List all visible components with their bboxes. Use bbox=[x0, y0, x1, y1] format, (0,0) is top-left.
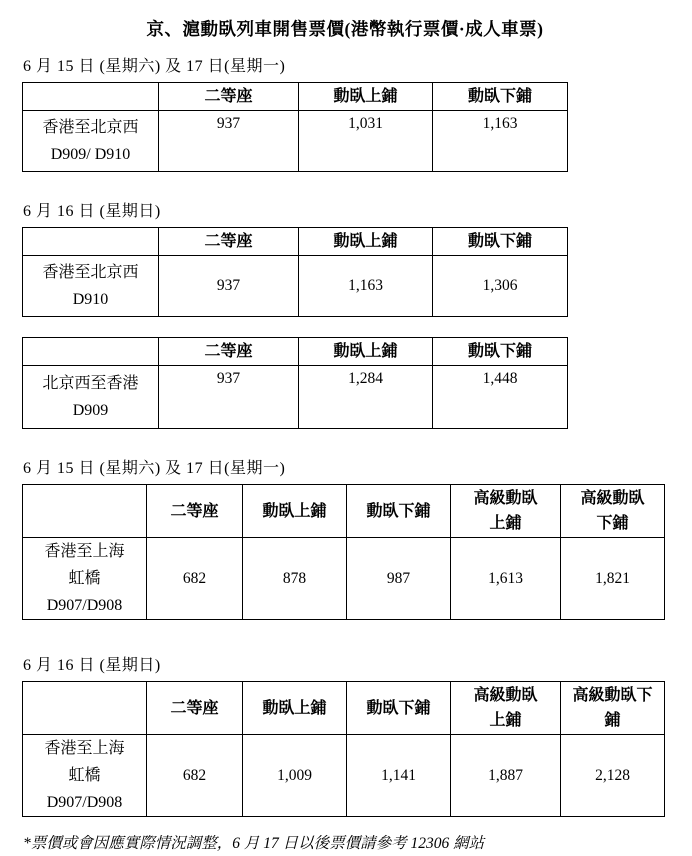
price-cell: 1,284 bbox=[299, 366, 433, 429]
route-name: 北京西至香港 bbox=[23, 370, 158, 397]
route-cell: 香港至北京西 D909/ D910 bbox=[23, 111, 159, 172]
price-cell: 878 bbox=[243, 538, 347, 620]
route-name: 香港至北京西 bbox=[23, 114, 158, 141]
corner-empty-cell bbox=[23, 83, 159, 111]
column-header-lower-berth: 動臥下鋪 bbox=[347, 485, 451, 538]
section-beijing-jun15-17: 6 月 15 日 (星期六) 及 17 日(星期一) 二等座 動臥上鋪 動臥下鋪… bbox=[22, 57, 668, 172]
section-beijing-return: 二等座 動臥上鋪 動臥下鋪 北京西至香港 D909 937 1,284 1,44… bbox=[22, 337, 668, 429]
fare-row: 香港至北京西 D910 937 1,163 1,306 bbox=[23, 256, 568, 317]
corner-empty-cell bbox=[23, 682, 147, 735]
header-row: 二等座 動臥上鋪 動臥下鋪 bbox=[23, 338, 568, 366]
fare-table-shanghai-jun16: 二等座 動臥上鋪 動臥下鋪 高級動臥 上鋪 高級動臥下 鋪 香港至上海 虹橋 D… bbox=[22, 681, 665, 817]
date-heading: 6 月 15 日 (星期六) 及 17 日(星期一) bbox=[23, 459, 668, 479]
route-cell: 香港至北京西 D910 bbox=[23, 256, 159, 317]
price-cell: 937 bbox=[159, 111, 299, 172]
corner-empty-cell bbox=[23, 338, 159, 366]
train-number: D909 bbox=[23, 397, 158, 424]
section-shanghai-jun15-17: 6 月 15 日 (星期六) 及 17 日(星期一) 二等座 動臥上鋪 動臥下鋪… bbox=[22, 459, 668, 620]
column-header-second-class: 二等座 bbox=[159, 83, 299, 111]
column-header-lower-berth: 動臥下鋪 bbox=[433, 83, 568, 111]
header-row: 二等座 動臥上鋪 動臥下鋪 高級動臥 上鋪 高級動臥下 鋪 bbox=[23, 682, 665, 735]
price-cell: 1,009 bbox=[243, 735, 347, 817]
train-number: D910 bbox=[23, 286, 158, 313]
column-header-upper-berth: 動臥上鋪 bbox=[299, 338, 433, 366]
route-name: 香港至上海 bbox=[23, 735, 146, 762]
column-header-lower-berth: 動臥下鋪 bbox=[433, 228, 568, 256]
column-header-deluxe-upper-berth: 高級動臥 上鋪 bbox=[451, 485, 561, 538]
price-cell: 1,141 bbox=[347, 735, 451, 817]
price-cell: 1,031 bbox=[299, 111, 433, 172]
price-cell: 937 bbox=[159, 256, 299, 317]
section-beijing-jun16: 6 月 16 日 (星期日) 二等座 動臥上鋪 動臥下鋪 香港至北京西 D910… bbox=[22, 202, 668, 317]
fare-row: 北京西至香港 D909 937 1,284 1,448 bbox=[23, 366, 568, 429]
fare-row: 香港至北京西 D909/ D910 937 1,031 1,163 bbox=[23, 111, 568, 172]
price-cell: 1,613 bbox=[451, 538, 561, 620]
route-name: 香港至上海 bbox=[23, 538, 146, 565]
header-row: 二等座 動臥上鋪 動臥下鋪 高級動臥 上鋪 高級動臥 下鋪 bbox=[23, 485, 665, 538]
column-header-second-class: 二等座 bbox=[159, 228, 299, 256]
route-name: 虹橋 bbox=[23, 762, 146, 789]
fare-table-beijing-return: 二等座 動臥上鋪 動臥下鋪 北京西至香港 D909 937 1,284 1,44… bbox=[22, 337, 568, 429]
column-header-deluxe-lower-berth: 高級動臥 下鋪 bbox=[561, 485, 665, 538]
route-cell: 香港至上海 虹橋 D907/D908 bbox=[23, 538, 147, 620]
price-cell: 1,448 bbox=[433, 366, 568, 429]
column-header-upper-berth: 動臥上鋪 bbox=[299, 228, 433, 256]
column-header-deluxe-upper-berth: 高級動臥 上鋪 bbox=[451, 682, 561, 735]
column-header-lower-berth: 動臥下鋪 bbox=[433, 338, 568, 366]
header-row: 二等座 動臥上鋪 動臥下鋪 bbox=[23, 83, 568, 111]
document-page: 京、滬動臥列車開售票價(港幣執行票價·成人車票) 6 月 15 日 (星期六) … bbox=[0, 0, 692, 856]
footnote: *票價或會因應實際情況調整，6 月 17 日以後票價請參考 12306 網站 bbox=[23, 831, 668, 853]
corner-empty-cell bbox=[23, 485, 147, 538]
fare-table-shanghai-jun15-17: 二等座 動臥上鋪 動臥下鋪 高級動臥 上鋪 高級動臥 下鋪 香港至上海 虹橋 D… bbox=[22, 484, 665, 620]
column-header-second-class: 二等座 bbox=[147, 485, 243, 538]
fare-row: 香港至上海 虹橋 D907/D908 682 878 987 1,613 1,8… bbox=[23, 538, 665, 620]
fare-table-beijing-jun16: 二等座 動臥上鋪 動臥下鋪 香港至北京西 D910 937 1,163 1,30… bbox=[22, 227, 568, 317]
column-header-second-class: 二等座 bbox=[159, 338, 299, 366]
price-cell: 1,163 bbox=[299, 256, 433, 317]
column-header-upper-berth: 動臥上鋪 bbox=[243, 485, 347, 538]
column-header-upper-berth: 動臥上鋪 bbox=[243, 682, 347, 735]
route-name: 虹橋 bbox=[23, 565, 146, 592]
column-header-lower-berth: 動臥下鋪 bbox=[347, 682, 451, 735]
header-row: 二等座 動臥上鋪 動臥下鋪 bbox=[23, 228, 568, 256]
price-cell: 1,306 bbox=[433, 256, 568, 317]
fare-table-beijing-jun15-17: 二等座 動臥上鋪 動臥下鋪 香港至北京西 D909/ D910 937 1,03… bbox=[22, 82, 568, 172]
page-title: 京、滬動臥列車開售票價(港幣執行票價·成人車票) bbox=[22, 16, 668, 41]
date-heading: 6 月 16 日 (星期日) bbox=[23, 202, 668, 222]
route-cell: 北京西至香港 D909 bbox=[23, 366, 159, 429]
price-cell: 937 bbox=[159, 366, 299, 429]
column-header-upper-berth: 動臥上鋪 bbox=[299, 83, 433, 111]
train-number: D907/D908 bbox=[23, 592, 146, 619]
price-cell: 1,821 bbox=[561, 538, 665, 620]
date-heading: 6 月 15 日 (星期六) 及 17 日(星期一) bbox=[23, 57, 668, 77]
section-shanghai-jun16: 6 月 16 日 (星期日) 二等座 動臥上鋪 動臥下鋪 高級動臥 上鋪 高級動… bbox=[22, 656, 668, 817]
train-number: D909/ D910 bbox=[23, 141, 158, 168]
route-cell: 香港至上海 虹橋 D907/D908 bbox=[23, 735, 147, 817]
price-cell: 987 bbox=[347, 538, 451, 620]
price-cell: 2,128 bbox=[561, 735, 665, 817]
route-name: 香港至北京西 bbox=[23, 259, 158, 286]
price-cell: 682 bbox=[147, 538, 243, 620]
fare-row: 香港至上海 虹橋 D907/D908 682 1,009 1,141 1,887… bbox=[23, 735, 665, 817]
price-cell: 682 bbox=[147, 735, 243, 817]
column-header-deluxe-lower-berth: 高級動臥下 鋪 bbox=[561, 682, 665, 735]
price-cell: 1,163 bbox=[433, 111, 568, 172]
corner-empty-cell bbox=[23, 228, 159, 256]
price-cell: 1,887 bbox=[451, 735, 561, 817]
date-heading: 6 月 16 日 (星期日) bbox=[23, 656, 668, 676]
column-header-second-class: 二等座 bbox=[147, 682, 243, 735]
train-number: D907/D908 bbox=[23, 789, 146, 816]
